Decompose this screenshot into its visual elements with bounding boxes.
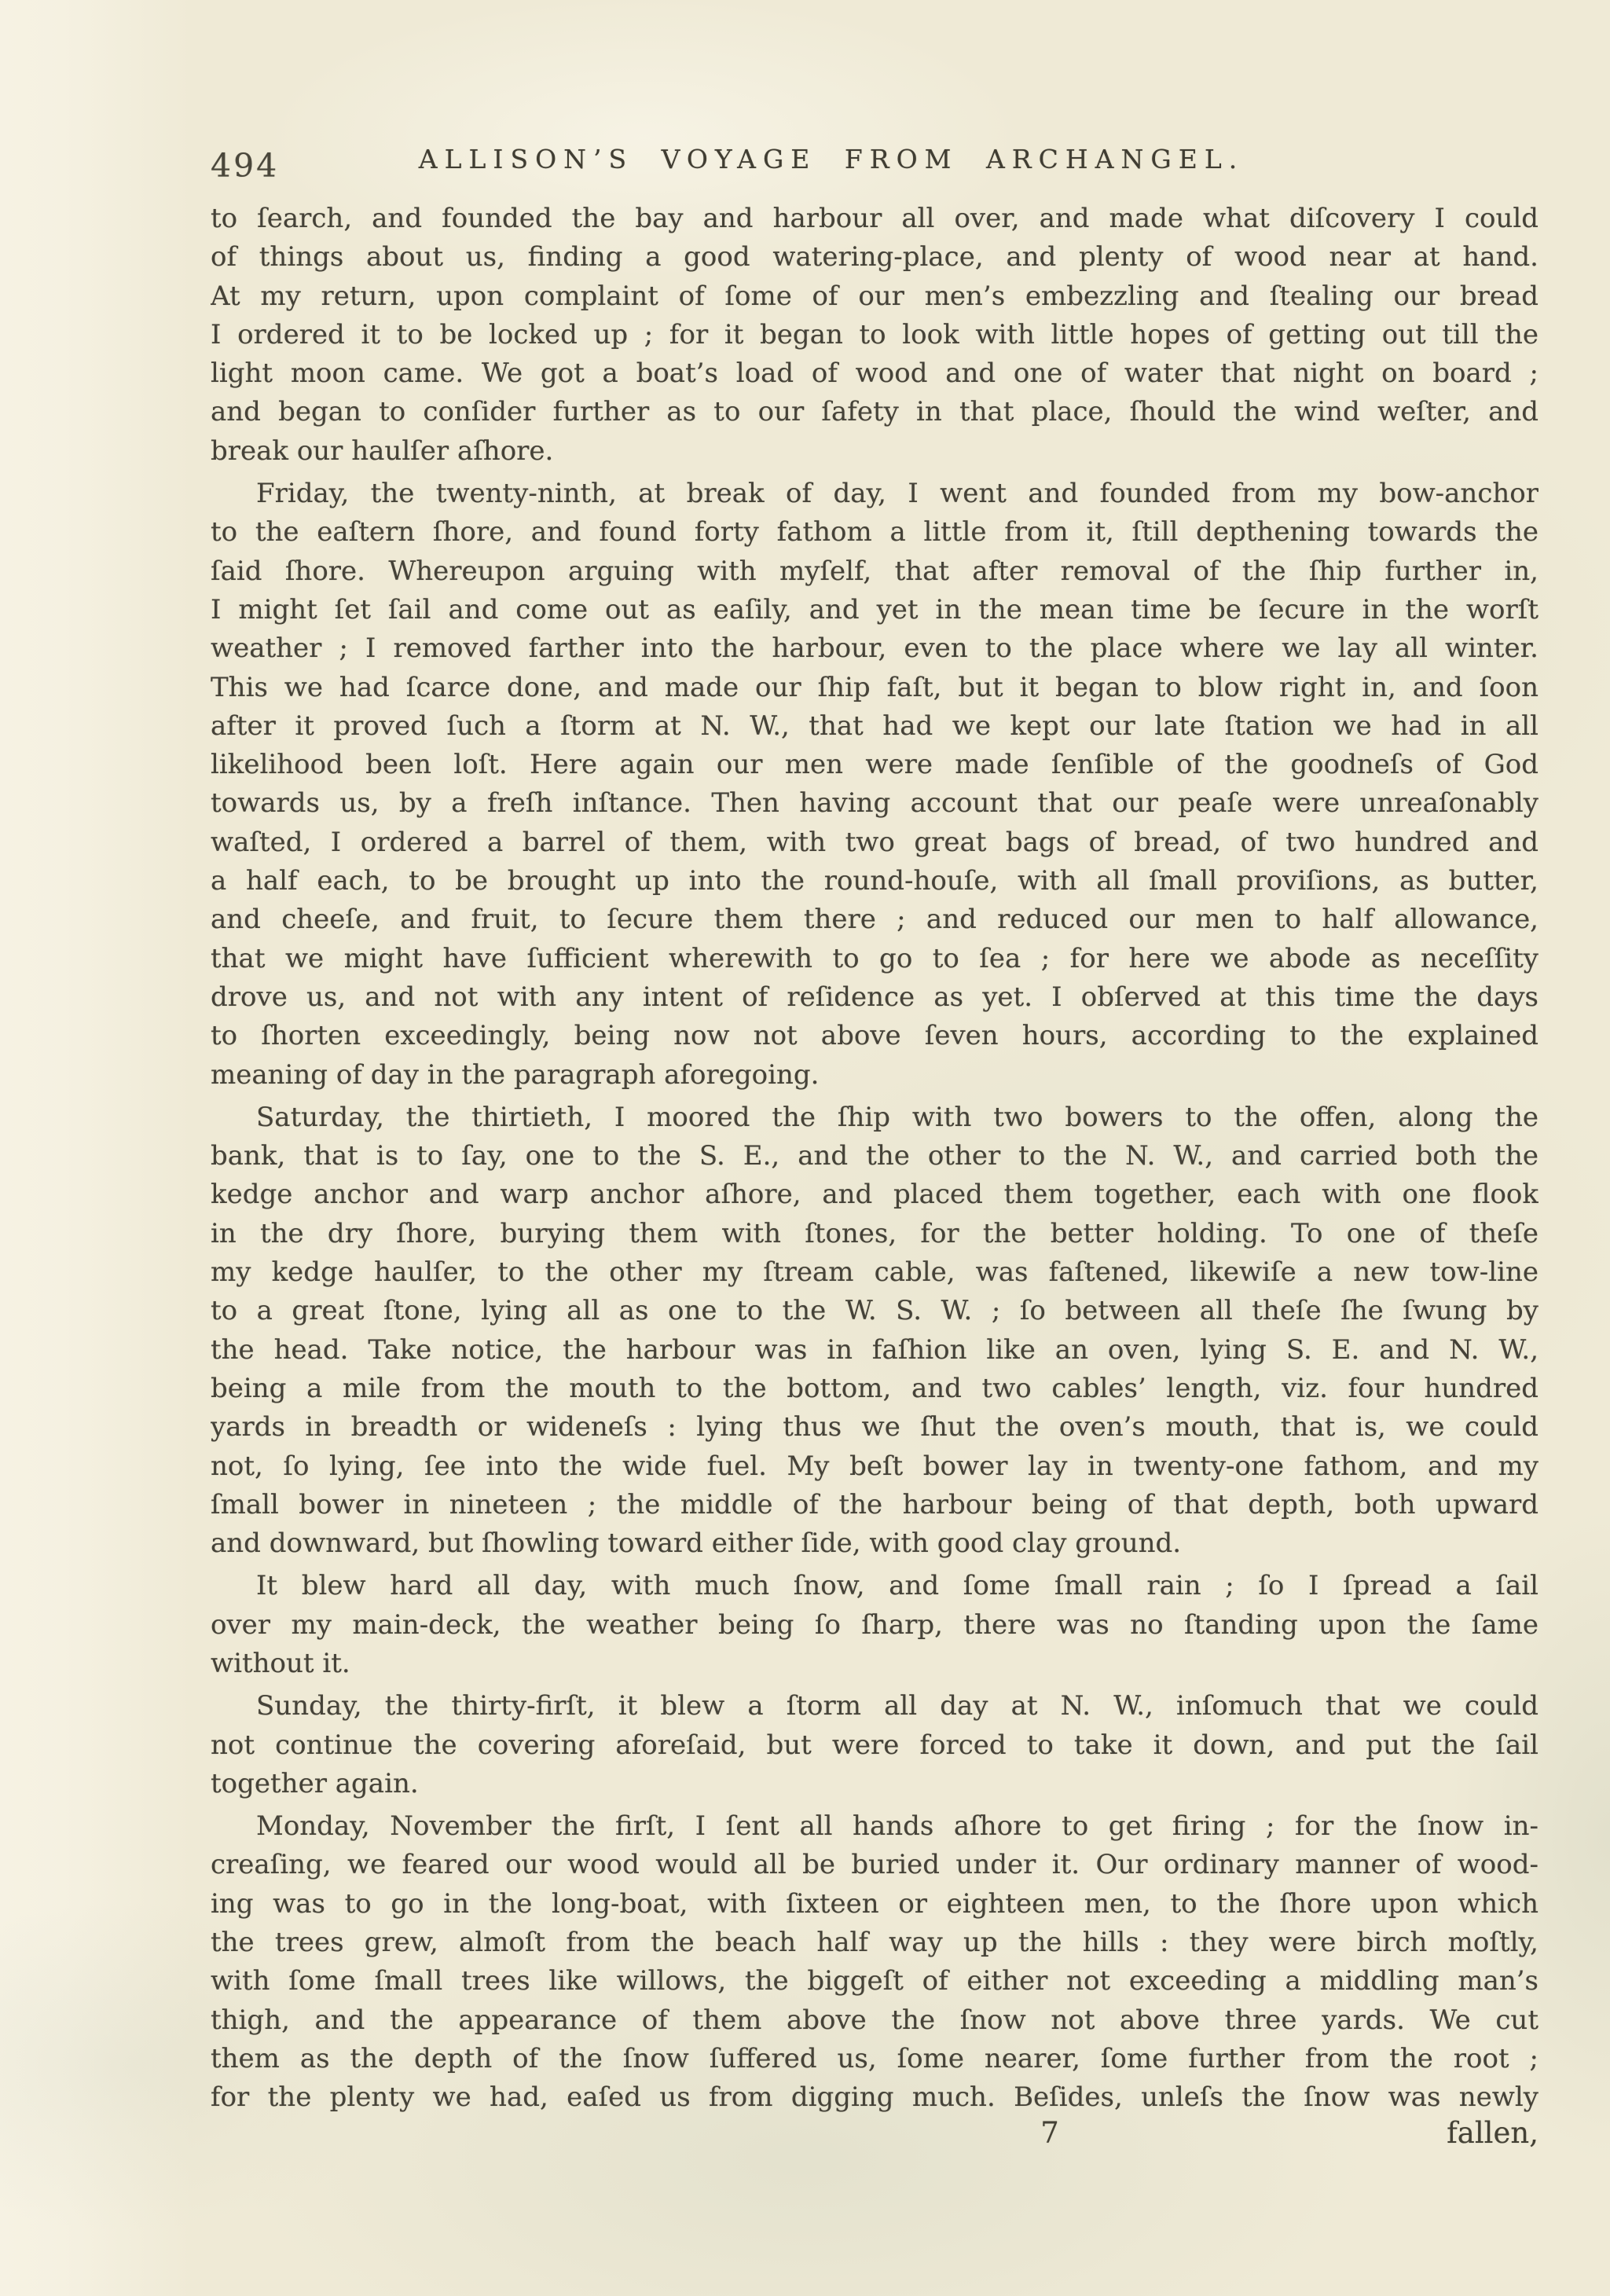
text-line: to the eaſtern ſhore, and found forty fa… <box>211 513 1538 552</box>
text-line: over my main-deck, the weather being ſo … <box>211 1606 1538 1645</box>
text-line: in the dry ſhore, burying them with ſton… <box>211 1215 1538 1253</box>
paragraph: Saturday, the thirtieth, I moored the ſh… <box>211 1098 1538 1564</box>
text-line: after it proved ſuch a ſtorm at N. W., t… <box>211 707 1538 746</box>
text-line: yards in breadth or wideneſs : lying thu… <box>211 1408 1538 1447</box>
book-page: 494 ALLISON’S VOYAGE FROM ARCHANGEL. to … <box>0 0 1610 2296</box>
text-line: waſted, I ordered a barrel of them, with… <box>211 823 1538 862</box>
paragraph: Monday, November the firſt, I ſent all h… <box>211 1807 1538 2117</box>
text-line: thigh, and the appearance of them above … <box>211 2001 1538 2040</box>
text-line: without it. <box>211 1645 1538 1683</box>
text-line: This we had ſcarce done, and made our ſh… <box>211 669 1538 707</box>
text-line: meaning of day in the paragraph aforegoi… <box>211 1056 1538 1095</box>
text-line: Sunday, the thirty-firſt, it blew a ſtor… <box>211 1687 1538 1726</box>
text-line: my kedge haulſer, to the other my ſtream… <box>211 1253 1538 1292</box>
paragraph: to ſearch, and founded the bay and harbo… <box>211 200 1538 471</box>
page-body: to ſearch, and founded the bay and harbo… <box>211 200 1538 2118</box>
text-line: to a great ſtone, lying all as one to th… <box>211 1292 1538 1330</box>
text-line: them as the depth of the ſnow ſuffered u… <box>211 2040 1538 2078</box>
text-line: and began to conſider further as to our … <box>211 393 1538 431</box>
text-line: to ſhorten exceedingly, being now not ab… <box>211 1017 1538 1055</box>
text-line: and cheeſe, and fruit, to ſecure them th… <box>211 900 1538 939</box>
text-line: with ſome ſmall trees like willows, the … <box>211 1962 1538 2001</box>
text-line: bank, that is to ſay, one to the S. E., … <box>211 1137 1538 1176</box>
text-line: Saturday, the thirtieth, I moored the ſh… <box>211 1098 1538 1137</box>
text-line: the trees grew, almoſt from the beach ha… <box>211 1924 1538 1962</box>
text-line: and downward, but ſhowling toward either… <box>211 1524 1538 1563</box>
page-header: 494 ALLISON’S VOYAGE FROM ARCHANGEL. <box>211 144 1538 188</box>
text-line: ſmall bower in nineteen ; the middle of … <box>211 1486 1538 1524</box>
text-line: creaſing, we feared our wood would all b… <box>211 1846 1538 1884</box>
text-line: At my return, upon complaint of ſome of … <box>211 277 1538 316</box>
page-number: 494 <box>211 147 279 185</box>
text-line: that we might have ſufficient wherewith … <box>211 940 1538 978</box>
text-line: towards us, by a freſh inſtance. Then ha… <box>211 784 1538 823</box>
text-line: together again. <box>211 1765 1538 1803</box>
text-line: light moon came. We got a boat’s load of… <box>211 354 1538 393</box>
text-line: not continue the covering aforeſaid, but… <box>211 1726 1538 1765</box>
catchword: fallen, <box>1447 2116 1538 2150</box>
text-line: not, ſo lying, ſee into the wide fuel. M… <box>211 1447 1538 1486</box>
text-line: I might ſet ſail and come out as eaſily,… <box>211 591 1538 629</box>
text-line: ing was to go in the long-boat, with ſix… <box>211 1885 1538 1924</box>
text-line: kedge anchor and warp anchor aſhore, and… <box>211 1176 1538 1214</box>
paragraph: It blew hard all day, with much ſnow, an… <box>211 1567 1538 1683</box>
text-line: of things about us, finding a good water… <box>211 238 1538 277</box>
page-footer: 7 fallen, <box>211 2116 1538 2171</box>
text-line: Friday, the twenty-ninth, at break of da… <box>211 475 1538 513</box>
running-title: ALLISON’S VOYAGE FROM ARCHANGEL. <box>383 144 1279 174</box>
text-line: ſaid ſhore. Whereupon arguing with myſel… <box>211 552 1538 591</box>
text-line: break our haulſer aſhore. <box>211 432 1538 471</box>
text-line: I ordered it to be locked up ; for it be… <box>211 316 1538 354</box>
paragraph: Friday, the twenty-ninth, at break of da… <box>211 475 1538 1095</box>
text-line: Monday, November the firſt, I ſent all h… <box>211 1807 1538 1846</box>
text-line: drove us, and not with any intent of reſ… <box>211 978 1538 1017</box>
signature-mark: 7 <box>1040 2116 1059 2150</box>
text-line: the head. Take notice, the harbour was i… <box>211 1331 1538 1370</box>
text-line: a half each, to be brought up into the r… <box>211 862 1538 900</box>
text-line: It blew hard all day, with much ſnow, an… <box>211 1567 1538 1605</box>
text-line: likelihood been loſt. Here again our men… <box>211 746 1538 784</box>
text-line: being a mile from the mouth to the botto… <box>211 1370 1538 1408</box>
text-line: weather ; I removed farther into the har… <box>211 629 1538 668</box>
paragraph: Sunday, the thirty-firſt, it blew a ſtor… <box>211 1687 1538 1803</box>
text-line: to ſearch, and founded the bay and harbo… <box>211 200 1538 238</box>
text-line: for the plenty we had, eaſed us from dig… <box>211 2078 1538 2117</box>
